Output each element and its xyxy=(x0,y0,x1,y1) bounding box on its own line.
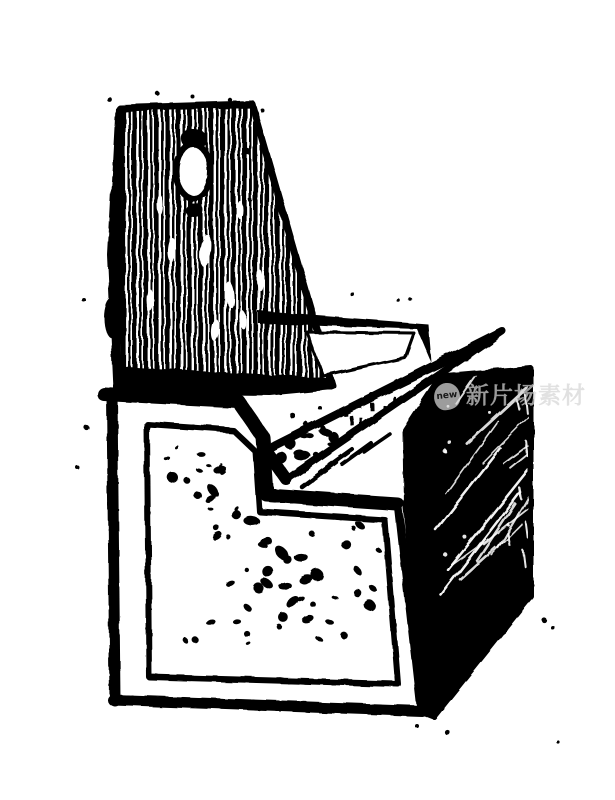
engraving-illustration xyxy=(0,0,615,800)
back-panel xyxy=(104,104,333,392)
stock-image-canvas: new 新片场素材 xyxy=(0,0,615,800)
box-front-panel xyxy=(104,394,422,711)
box-side-panel xyxy=(405,340,550,717)
